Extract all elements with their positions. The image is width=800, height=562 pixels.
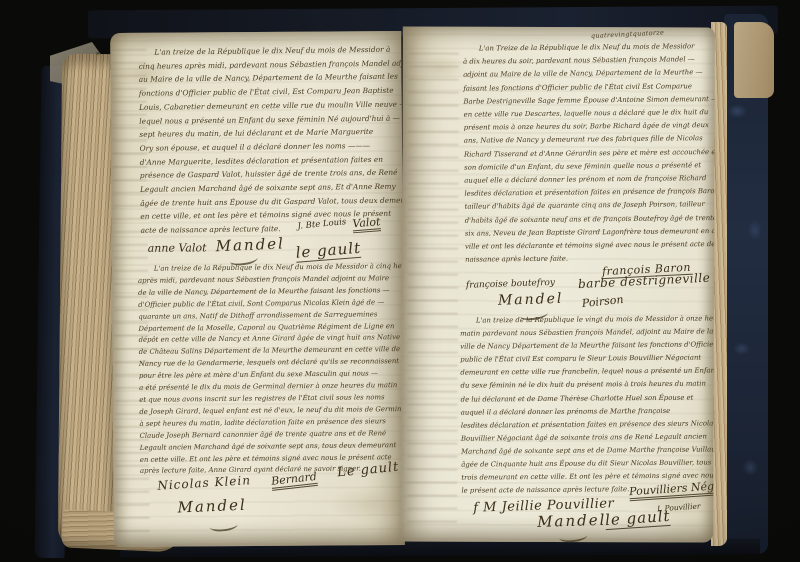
signature-anne-valot: anne Valot [148, 241, 207, 254]
signature-mandel-entry4: Mandel [537, 511, 607, 531]
signature-barbe-destrigneville: barbe destrigneville [578, 271, 711, 291]
birth-record-entry-4: L'an treize de la République le vingt du… [460, 312, 714, 498]
left-page: L'an treize de la République le dix Neuf… [110, 31, 405, 547]
signature-mandel-entry3: Mandel [498, 291, 564, 309]
signature-valot: Valot [352, 215, 381, 233]
signature-mandel-entry1: Mandel [215, 234, 285, 255]
paraph-flourish [559, 530, 588, 543]
birth-record-entry-1: L'an treize de la République le dix Neuf… [138, 43, 402, 238]
signature-legault-entry4: le gault [605, 507, 672, 530]
register-photograph: * L'an treize de la République le dix Ne… [0, 0, 800, 562]
folio-label: quatrevingtquatorze [591, 28, 665, 40]
signature-legault-entry1: le gault [295, 239, 362, 263]
paraph-flourish [209, 519, 238, 533]
page-edge-stack-left [58, 54, 118, 546]
right-page: quatrevingtquatorze L'an Treize de la Ré… [401, 26, 715, 542]
bleedthrough-margin-right [407, 46, 459, 526]
margin-mark: * [96, 51, 100, 60]
signature-mandel-entry2: Mandel [177, 496, 247, 517]
birth-record-entry-2: L'an treize de la République le dix Neuf… [138, 261, 404, 478]
signature-poirson: Poirson [581, 293, 624, 310]
birth-record-entry-3: L'an Treize de la République le dix Neuf… [463, 40, 715, 267]
page-corner-top-right [734, 22, 774, 98]
signature-francoise-boutefroy: françoise boutefroy [466, 278, 555, 291]
